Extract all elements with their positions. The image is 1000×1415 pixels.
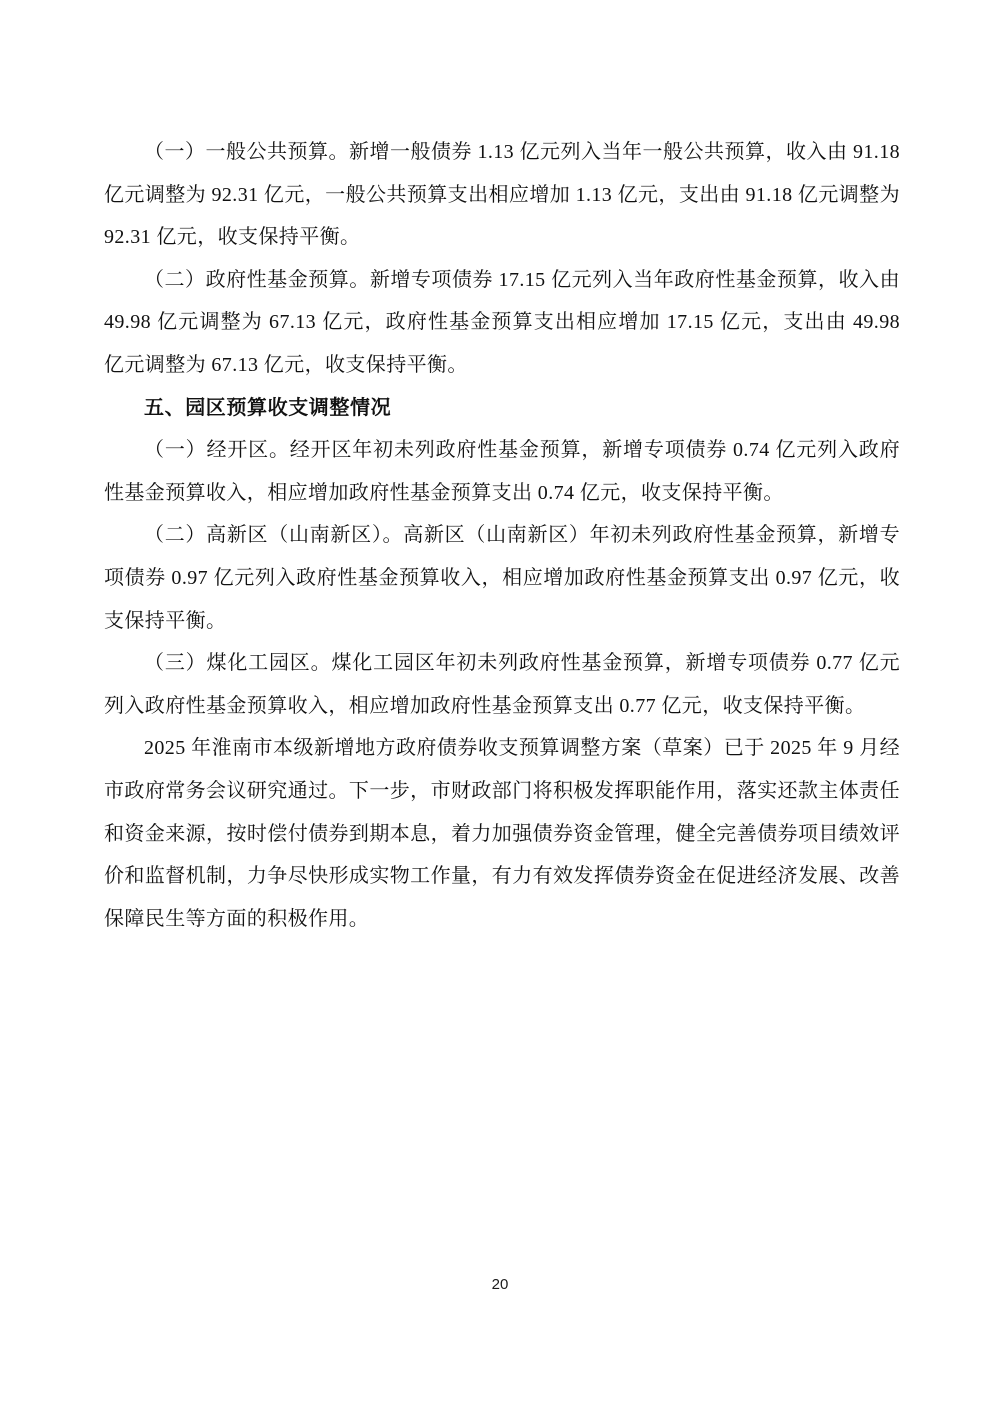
paragraph-coal-chemical-park: （三）煤化工园区。煤化工园区年初未列政府性基金预算，新增专项债券 0.77 亿元… <box>104 642 900 727</box>
paragraph-conclusion: 2025 年淮南市本级新增地方政府债券收支预算调整方案（草案）已于 2025 年… <box>104 727 900 940</box>
section-heading-park-budget-adjustment: 五、园区预算收支调整情况 <box>104 387 900 430</box>
paragraph-jingkai-district: （一）经开区。经开区年初未列政府性基金预算，新增专项债券 0.74 亿元列入政府… <box>104 429 900 514</box>
page-number: 20 <box>0 1276 1000 1293</box>
document-page: （一）一般公共预算。新增一般债券 1.13 亿元列入当年一般公共预算，收入由 9… <box>0 0 1000 1415</box>
paragraph-general-public-budget: （一）一般公共预算。新增一般债券 1.13 亿元列入当年一般公共预算，收入由 9… <box>104 131 900 259</box>
paragraph-gaoxin-district: （二）高新区（山南新区）。高新区（山南新区）年初未列政府性基金预算，新增专项债券… <box>104 514 900 642</box>
document-body: （一）一般公共预算。新增一般债券 1.13 亿元列入当年一般公共预算，收入由 9… <box>104 131 900 940</box>
paragraph-government-fund-budget: （二）政府性基金预算。新增专项债券 17.15 亿元列入当年政府性基金预算，收入… <box>104 259 900 387</box>
